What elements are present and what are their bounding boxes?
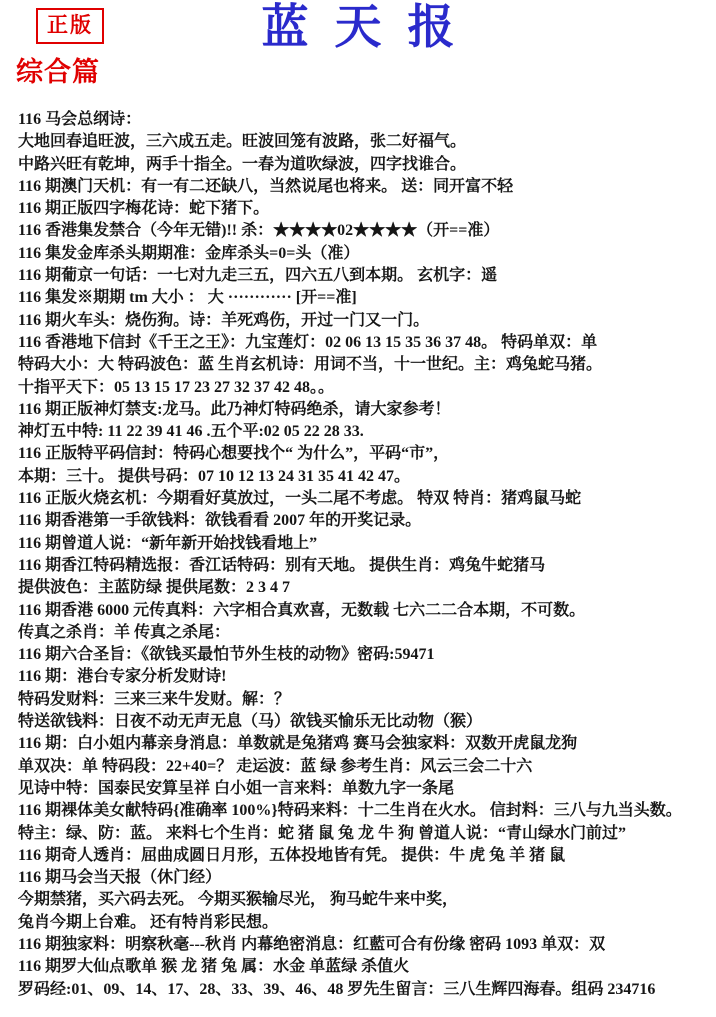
report-line: 116 正版火烧玄机：今期看好莫放过，一头二尾不考虑。 特双 特肖：猪鸡鼠马蛇 xyxy=(18,488,714,510)
report-line: 116 期马会当天报（休门经） xyxy=(18,867,714,889)
report-line: 单双决：单 特码段：22+40=？ 走运波：蓝 绿 参考生肖：风云三会二十六 xyxy=(18,756,714,778)
report-line: 116 马会总纲诗： xyxy=(18,109,714,131)
report-line: 116 期火车头：烧伤狗。诗：羊死鸡伤，开过一门又一门。 xyxy=(18,310,714,332)
report-line: 116 期香港第一手欲钱料：欲钱看看 2007 年的开奖记录。 xyxy=(18,510,714,532)
report-line: 传真之杀肖：羊 传真之杀尾： xyxy=(18,622,714,644)
newspaper-page: 正版 蓝天报 综合篇 116 马会总纲诗：大地回春追旺波，三六成五走。旺波回笼有… xyxy=(0,0,716,1017)
report-line: 神灯五中特: 11 22 39 41 46 .五个平:02 05 22 28 3… xyxy=(18,421,714,443)
report-line: 116 期曾道人说：“新年新开始找钱看地上” xyxy=(18,533,714,555)
report-line: 116 期六合圣旨：《欲钱买最怕节外生枝的动物》密码:59471 xyxy=(18,644,714,666)
report-line: 116 期独家料：明察秋毫---秋肖 内幕绝密消息：红藍可合有份缘 密码 109… xyxy=(18,934,714,956)
report-line: 116 期正版神灯禁支:龙马。此乃神灯特码绝杀，请大家参考！ xyxy=(18,399,714,421)
report-line: 十指平天下：05 13 15 17 23 27 32 37 42 48。。 xyxy=(18,377,714,399)
report-line: 大地回春追旺波，三六成五走。旺波回笼有波路，张二好福气。 xyxy=(18,131,714,153)
report-line: 特主：绿、防：蓝。 来料七个生肖：蛇 猪 鼠 兔 龙 牛 狗 曾道人说：“青山绿… xyxy=(18,823,714,845)
section-label: 综合篇 xyxy=(16,56,100,88)
report-line: 特码大小：大 特码波色：蓝 生肖玄机诗：用词不当，十一世纪。主：鸡兔蛇马猪。 xyxy=(18,354,714,376)
report-line: 116 期香江特码精选报：香江话特码：别有天地。 提供生肖：鸡兔牛蛇猪马 xyxy=(18,555,714,577)
report-line: 见诗中特：国泰民安算呈祥 白小姐一言来料：单数九字一条尾 xyxy=(18,778,714,800)
report-line: 116 期：白小姐内幕亲身消息：单数就是兔猪鸡 赛马会独家料：双数开虎鼠龙狗 xyxy=(18,733,714,755)
report-line: 116 集发※期期 tm 大小 ： 大 ············ [开==准] xyxy=(18,287,714,309)
report-line: 116 香港集发禁合（今年无错)!! 杀：★★★★02★★★★（开==准） xyxy=(18,220,714,242)
report-line: 116 期裸体美女献特码{准确率 100%}特码来料：十二生肖在火水。 信封料：… xyxy=(18,800,714,822)
report-line: 116 期：港台专家分析发财诗! xyxy=(18,666,714,688)
report-line: 116 香港地下信封《千王之王》：九宝莲灯：02 06 13 15 35 36 … xyxy=(18,332,714,354)
report-line: 116 期澳门天机：有一有二还缺八，当然说尾也将来。 送：同开富不轻 xyxy=(18,176,714,198)
report-line: 116 期葡京一句话：一七对九走三五，四六五八到本期。 玄机字：遥 xyxy=(18,265,714,287)
report-line: 提供波色：主蓝防绿 提供尾数：2 3 4 7 xyxy=(18,577,714,599)
report-line: 兔肖今期上台难。 还有特肖彩民想。 xyxy=(18,912,714,934)
report-line: 116 正版特平码信封：特码心想要找个“ 为什么”，平码“市”， xyxy=(18,443,714,465)
report-line: 116 期正版四字梅花诗：蛇下猪下。 xyxy=(18,198,714,220)
report-line: 中路兴旺有乾坤，两手十指全。一春为道吹绿波，四字找谁合。 xyxy=(18,154,714,176)
report-line: 特码发财料：三来三来牛发财。解：？ xyxy=(18,689,714,711)
report-line: 本期：三十。 提供号码：07 10 12 13 24 31 35 41 42 4… xyxy=(18,466,714,488)
report-lines: 116 马会总纲诗：大地回春追旺波，三六成五走。旺波回笼有波路，张二好福气。中路… xyxy=(18,109,714,1001)
page-title: 蓝天报 xyxy=(0,0,716,56)
report-line: 116 集发金库杀头期期准：金库杀头=0=头（准） xyxy=(18,243,714,265)
report-line: 特送欲钱料：日夜不动无声无息（马）欲钱买愉乐无比动物（猴） xyxy=(18,711,714,733)
report-line: 罗码经:01、09、14、17、28、33、39、46、48 罗先生留言：三八生… xyxy=(18,979,714,1001)
report-line: 今期禁猪，买六码去死。 今期买猴输尽光， 狗马蛇牛来中奖， xyxy=(18,889,714,911)
report-line: 116 期奇人透肖：屈曲成圆日月形，五体投地皆有凭。 提供：牛 虎 兔 羊 猪 … xyxy=(18,845,714,867)
report-line: 116 期罗大仙点歌单 猴 龙 猪 兔 属：水金 单蓝绿 杀值火 xyxy=(18,956,714,978)
report-line: 116 期香港 6000 元传真料：六字相合真欢喜，无数载 七六二二合本期，不可… xyxy=(18,600,714,622)
